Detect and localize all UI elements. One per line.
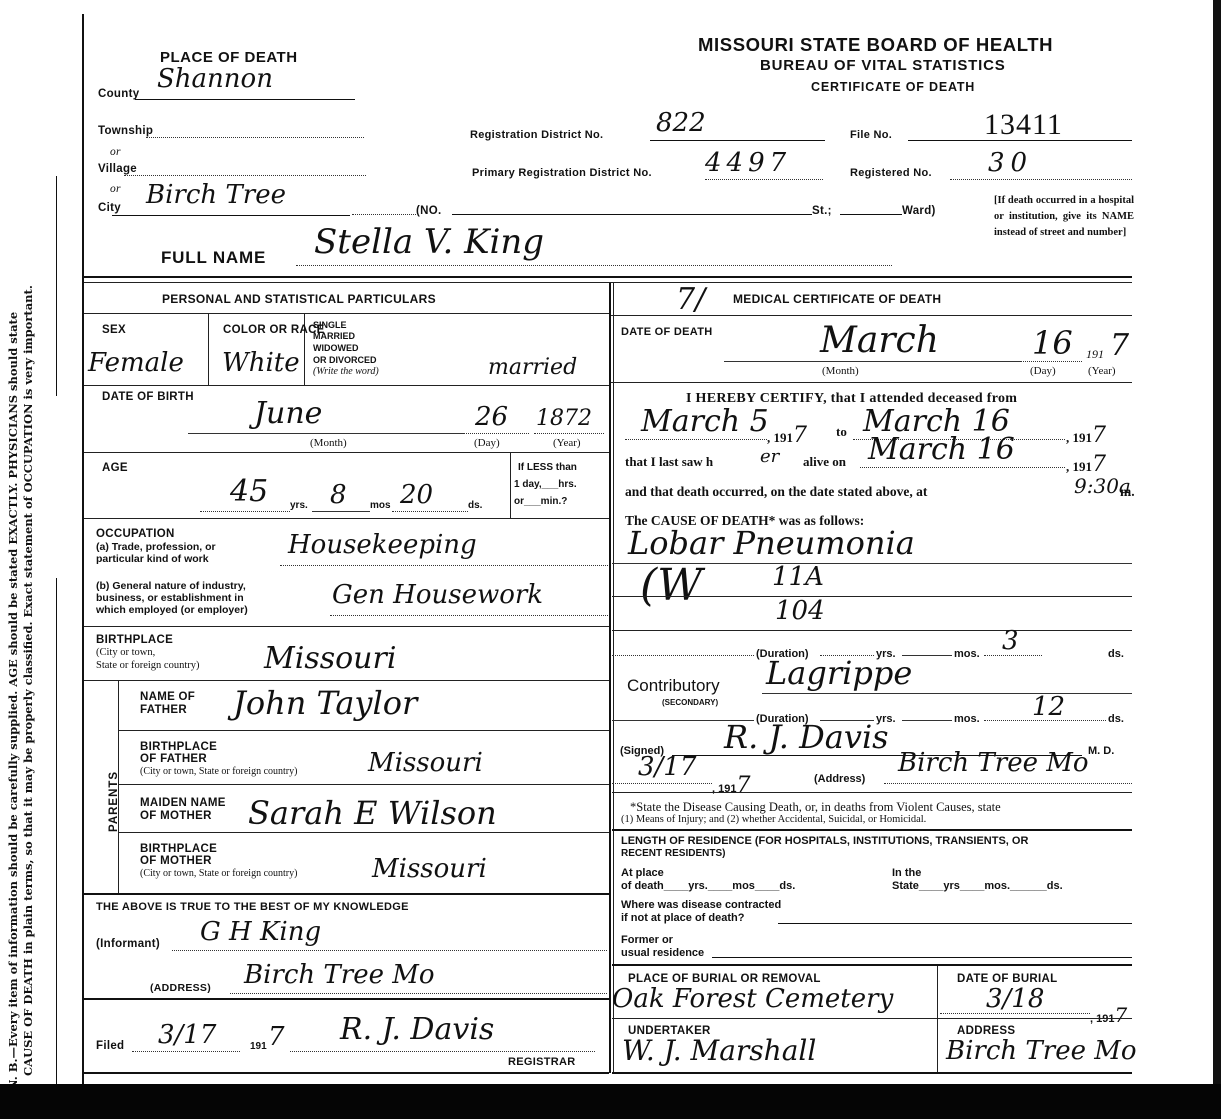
city-value: Birch Tree [146, 180, 286, 210]
parents-line-2 [118, 784, 609, 785]
marital-option-divorced: OR DIVORCED [313, 355, 377, 365]
margin-divider [56, 176, 57, 396]
dod-bottom-line [611, 382, 1132, 383]
medical-title-line [611, 315, 1132, 316]
cause-line-2 [612, 596, 1132, 597]
age-label: AGE [102, 462, 128, 474]
last-saw-prefix: that I last saw h [625, 454, 713, 470]
burial-divider [937, 966, 938, 1072]
row-line-1 [84, 385, 609, 386]
dob-year-value: 1872 [536, 406, 592, 431]
margin-divider-lower [56, 578, 57, 1088]
cause-primary-value: Lobar Pneumonia [628, 524, 915, 562]
dod-year-prefix: 191 [1086, 347, 1104, 362]
margin-note-line-2: CAUSE OF DEATH in plain terms, so that i… [21, 40, 36, 1090]
attended-from-value: March 5 [641, 404, 769, 439]
contracted-label-2: if not at place of death? [621, 912, 744, 924]
footnote-2: (1) Means of Injury; and (2) whether Acc… [621, 814, 926, 825]
mother-label-1: MAIDEN NAME [140, 797, 226, 809]
mother-label-2: OF MOTHER [140, 810, 212, 822]
sex-race-divider [208, 314, 209, 386]
dod-day-caption: (Day) [1030, 365, 1056, 377]
date-of-death-label: DATE OF DEATH [621, 326, 713, 338]
father-name-field[interactable]: John Taylor [225, 688, 595, 724]
contributory-field[interactable]: Lagrippe [762, 666, 1132, 694]
occupation-a-label-2: particular kind of work [96, 553, 209, 565]
mother-name-value: Sarah E Wilson [248, 794, 497, 832]
less-than-divider [510, 453, 511, 518]
less-than-line-3[interactable]: or___min.? [514, 496, 567, 507]
file-no-field[interactable]: 13411 [908, 114, 1132, 141]
personal-title-line [84, 313, 609, 314]
cause-code-1: 11A [772, 562, 824, 592]
duration-1-ds-label: ds. [1108, 648, 1124, 660]
birthplace-label: BIRTHPLACE [96, 634, 173, 646]
undertaker-address-value: Birch Tree Mo [946, 1036, 1137, 1066]
bureau-title: BUREAU OF VITAL STATISTICS [760, 57, 1006, 74]
registered-no-field[interactable]: 30 [950, 156, 1132, 180]
duration-1-ds-field[interactable]: 3 [984, 636, 1042, 656]
registrar-signature-field[interactable]: R. J. Davis [290, 1030, 595, 1052]
marital-hint: (Write the word) [313, 366, 379, 377]
age-years-value: 45 [230, 474, 268, 509]
last-saw-date-field[interactable]: March 16 [860, 446, 1065, 468]
contracted-field[interactable] [778, 912, 1132, 924]
signed-address-value: Birch Tree Mo [898, 748, 1089, 778]
informant-address-value: Birch Tree Mo [244, 960, 435, 990]
attended-from-year: , 1917 [767, 423, 807, 448]
last-saw-date-value: March 16 [868, 432, 1015, 467]
alive-on-label: alive on [803, 454, 846, 470]
race-value[interactable]: White [222, 348, 300, 378]
dod-day-value: 16 [1032, 324, 1073, 362]
township-field[interactable] [146, 124, 364, 138]
age-mos-label: mos [370, 500, 391, 511]
father-label-2: FATHER [140, 704, 187, 716]
signed-year: , 1917 [712, 773, 750, 798]
file-no-label: File No. [850, 129, 892, 141]
dob-day-caption: (Day) [474, 437, 500, 449]
sex-label: SEX [102, 324, 126, 336]
parents-line-1 [118, 730, 609, 731]
registration-district-value: 822 [656, 108, 706, 138]
filed-date-value: 3/17 [158, 1020, 216, 1050]
filed-date-field[interactable]: 3/17 [132, 1030, 240, 1052]
occupation-b-label-2: business, or establishment in [96, 592, 244, 604]
signed-date-value: 3/17 [638, 752, 696, 782]
residence-title-2: RECENT RESIDENTS) [621, 848, 725, 859]
parents-side-label: PARENTS [108, 772, 120, 832]
year-digit: 7 [736, 773, 750, 798]
birthplace-value: Missouri [264, 641, 396, 676]
column-divider-inner [613, 283, 614, 1073]
mother-name-field[interactable]: Sarah E Wilson [240, 790, 600, 830]
contributory-label: Contributory [627, 676, 720, 696]
ward-field[interactable] [840, 203, 902, 215]
duration-2-ds-label: ds. [1108, 713, 1124, 725]
age-days-value: 20 [400, 480, 433, 510]
father-birthplace-label-1: BIRTHPLACE [140, 741, 217, 753]
year-digit: 7 [1092, 423, 1106, 448]
file-no-value: 13411 [984, 108, 1063, 142]
father-label-1: NAME OF [140, 691, 195, 703]
father-name-value: John Taylor [233, 684, 417, 722]
birthplace-sub-1: (City or town, [96, 647, 155, 658]
burial-mid-line [612, 1018, 1132, 1019]
form-left-border [82, 14, 84, 1084]
duration-1-lead [612, 646, 754, 656]
city-field[interactable]: Birch Tree [112, 190, 350, 216]
dob-month-field[interactable]: June [188, 410, 463, 434]
filed-label: Filed [96, 1040, 124, 1052]
marital-option-single: SINGLE [313, 320, 347, 330]
full-name-label: FULL NAME [161, 248, 266, 268]
occupation-a-label-1: (a) Trade, profession, or [96, 541, 216, 553]
father-birthplace-sub: (City or town, State or foreign country) [140, 766, 297, 777]
occupation-a-field[interactable]: Housekeeping [280, 540, 608, 566]
attended-from-field[interactable]: March 5 [625, 418, 767, 440]
signed-bottom-line [612, 792, 1132, 793]
signed-address-field[interactable]: Birch Tree Mo [884, 758, 1132, 784]
street-no-label: (NO. [416, 205, 441, 217]
sex-value[interactable]: Female [88, 348, 184, 378]
attended-to-year: , 1917 [1066, 423, 1106, 448]
left-bottom-line [84, 1072, 609, 1074]
dod-month-value: March [820, 320, 939, 361]
primary-district-field[interactable]: 4497 [705, 156, 823, 180]
dod-year-digit[interactable]: 7 [1110, 328, 1129, 363]
mother-birthplace-label-2: OF MOTHER [140, 855, 212, 867]
last-saw-pronoun[interactable]: er [760, 446, 779, 467]
registration-district-field[interactable]: 822 [650, 116, 825, 141]
contracted-label-1: Where was disease contracted [621, 899, 781, 911]
year-prefix: , 191 [712, 783, 736, 795]
row-line-3 [84, 518, 609, 519]
former-residence-field[interactable] [712, 946, 1132, 958]
row-line-4 [84, 626, 609, 627]
row-line-2 [84, 452, 609, 453]
marital-option-married: MARRIED [313, 331, 355, 341]
year-prefix: , 191 [1090, 1013, 1114, 1025]
less-than-line-2[interactable]: 1 day,___hrs. [514, 479, 577, 490]
county-value: Shannon [157, 64, 273, 94]
township-label: Township [98, 125, 153, 137]
at-place-label-2[interactable]: of death____yrs.____mos____ds. [621, 880, 795, 892]
street-label: St.; [812, 205, 832, 217]
dob-day-field[interactable]: 26 [463, 410, 529, 434]
undertaker-field[interactable]: W. J. Marshall [612, 1036, 934, 1068]
race-label: COLOR OR RACE [223, 324, 325, 336]
dob-year-field[interactable]: 1872 [534, 410, 604, 434]
right-bottom-line [612, 1072, 1132, 1074]
year-prefix: , 191 [1066, 430, 1092, 445]
marital-value[interactable]: married [488, 355, 577, 380]
dod-month-field[interactable]: March [724, 334, 1020, 362]
filed-year-digit[interactable]: 7 [268, 1022, 285, 1052]
street-field[interactable] [452, 203, 812, 215]
occupation-b-label-3: which employed (or employer) [96, 604, 248, 616]
header-divider-2 [84, 282, 1132, 283]
registrar-signature-value: R. J. Davis [340, 1012, 494, 1047]
informant-statement: THE ABOVE IS TRUE TO THE BEST OF MY KNOW… [96, 901, 409, 913]
age-ds-label: ds. [468, 500, 482, 511]
informant-value: G H King [200, 917, 321, 947]
informant-label: (Informant) [96, 938, 160, 950]
undertaker-value: W. J. Marshall [622, 1034, 816, 1067]
cause-primary-field[interactable]: Lobar Pneumonia [612, 528, 1132, 564]
registration-district-label: Registration District No. [470, 129, 603, 141]
in-state-label-1: In the [892, 867, 921, 879]
county-label: County [98, 88, 139, 100]
registered-no-label: Registered No. [850, 167, 932, 179]
column-divider [609, 283, 611, 1073]
scan-edge-right [1213, 0, 1221, 1119]
burial-place-value: Oak Forest Cemetery [612, 984, 893, 1014]
in-state-label-2[interactable]: State____yrs____mos.______ds. [892, 880, 1063, 892]
primary-district-value: 4497 [705, 148, 791, 178]
certificate-title: CERTIFICATE OF DEATH [811, 80, 975, 94]
dob-month-value: June [254, 396, 322, 431]
mother-birthplace-sub: (City or town, State or foreign country) [140, 868, 297, 879]
burial-place-field[interactable]: Oak Forest Cemetery [612, 986, 934, 1016]
cause-code-2: 104 [775, 596, 825, 626]
dob-year-caption: (Year) [553, 437, 581, 449]
burial-date-field[interactable]: 3/18 [940, 990, 1090, 1014]
filed-year-prefix: 191 [250, 1041, 267, 1052]
father-birthplace-value: Missouri [368, 748, 483, 778]
age-months-value: 8 [330, 480, 347, 510]
burial-date-value: 3/18 [986, 984, 1044, 1014]
village-field[interactable] [124, 162, 366, 176]
cause-code-initials: (W [640, 560, 702, 611]
occupation-b-label-1: (b) General nature of industry, [96, 580, 246, 592]
birthplace-sub-2: State or foreign country) [96, 660, 200, 671]
footnote-1: *State the Disease Causing Death, or, in… [630, 800, 1001, 815]
mother-birthplace-value: Missouri [372, 854, 487, 884]
marital-option-widowed: WIDOWED [313, 343, 359, 353]
burial-year: , 1917 [1090, 1003, 1127, 1027]
at-place-label-1: At place [621, 867, 664, 879]
age-yrs-label: yrs. [290, 500, 308, 511]
mother-birthplace-label-1: BIRTHPLACE [140, 843, 217, 855]
duration-1-ds-value: 3 [1002, 626, 1019, 656]
full-name-value: Stella V. King [314, 222, 544, 262]
parents-bottom-line [84, 893, 609, 895]
death-occurred-text: and that death occurred, on the date sta… [625, 484, 927, 500]
cause-line-3 [612, 630, 1132, 631]
informant-field[interactable]: G H King [172, 925, 607, 951]
registrar-label: REGISTRAR [508, 1056, 575, 1068]
mother-birthplace-field[interactable]: Missouri [368, 852, 598, 888]
signed-address-label: (Address) [814, 773, 865, 785]
former-residence-label-1: Former or [621, 934, 673, 946]
residence-bottom-line [612, 964, 1132, 966]
hospital-note: [If death occurred in a hospital or inst… [994, 193, 1134, 241]
birthplace-field[interactable]: Missouri [250, 645, 590, 677]
year-digit: 7 [793, 423, 807, 448]
occupation-a-value: Housekeeping [288, 530, 477, 560]
duration-2-ds-field[interactable]: 12 [984, 700, 1106, 721]
signed-date-field[interactable]: 3/17 [612, 760, 712, 784]
duration-2-ds-value: 12 [1032, 692, 1065, 722]
father-birthplace-label-2: OF FATHER [140, 753, 207, 765]
duration-1-mos-label: mos. [954, 648, 980, 660]
informant-bottom-line [84, 998, 609, 1000]
year-digit: 7 [1114, 1003, 1127, 1027]
year-prefix: , 191 [1066, 459, 1092, 474]
year-prefix: , 191 [767, 430, 793, 445]
dod-year-caption: (Year) [1088, 365, 1116, 377]
informant-address-field[interactable]: Birch Tree Mo [230, 970, 607, 994]
duration-2-mos-field[interactable] [902, 711, 952, 721]
row-line-5 [84, 680, 609, 681]
footnote-bottom-line [612, 829, 1132, 831]
undertaker-address-field[interactable]: Birch Tree Mo [940, 1036, 1140, 1068]
margin-note-line-1: N. B.—Every item of information should b… [6, 40, 21, 1090]
duration-2-mos-label: mos. [954, 713, 980, 725]
header-divider [84, 276, 1132, 278]
dob-month-caption: (Month) [310, 437, 347, 449]
md-label: M. D. [1088, 745, 1114, 757]
primary-district-label: Primary Registration District No. [472, 167, 652, 179]
street-no-field[interactable] [352, 203, 416, 215]
medical-section-title: MEDICAL CERTIFICATE OF DEATH [733, 292, 941, 306]
ward-label: Ward) [902, 205, 936, 217]
less-than-line-1: If LESS than [518, 462, 577, 473]
county-field[interactable]: Shannon [135, 72, 355, 100]
age-days-field[interactable]: 20 [392, 488, 468, 512]
residence-title-1: LENGTH OF RESIDENCE (FOR HOSPITALS, INST… [621, 835, 1028, 847]
occupation-b-value: Gen Housework [332, 580, 543, 610]
secondary-label: (SECONDARY) [662, 698, 718, 708]
contributory-value: Lagrippe [766, 654, 912, 692]
parents-line-3 [118, 832, 609, 833]
full-name-field[interactable]: Stella V. King [296, 232, 892, 266]
scan-edge-bottom [0, 1084, 1221, 1119]
check-mark: 7/ [676, 282, 705, 317]
age-months-field[interactable]: 8 [312, 488, 370, 512]
dob-day-value: 26 [475, 402, 508, 432]
dod-month-caption: (Month) [822, 365, 859, 377]
dob-label: DATE OF BIRTH [102, 391, 194, 403]
registered-no-value: 30 [988, 148, 1033, 178]
father-birthplace-field[interactable]: Missouri [360, 746, 600, 782]
age-years-field[interactable]: 45 [200, 488, 290, 512]
occupation-b-field[interactable]: Gen Housework [330, 590, 608, 616]
dod-day-field[interactable]: 16 [1020, 334, 1082, 362]
board-title: MISSOURI STATE BOARD OF HEALTH [698, 34, 1053, 56]
attended-to-label: to [836, 424, 847, 440]
death-time-suffix: m. [1120, 484, 1135, 500]
informant-address-label: (ADDRESS) [150, 982, 211, 994]
occupation-label: OCCUPATION [96, 528, 175, 540]
or-label-1: or [110, 146, 121, 158]
margin-instructions: N. B.—Every item of information should b… [6, 40, 44, 1090]
signed-value: R. J. Davis [724, 718, 889, 756]
personal-section-title: PERSONAL AND STATISTICAL PARTICULARS [162, 292, 436, 306]
former-residence-label-2: usual residence [621, 947, 704, 959]
